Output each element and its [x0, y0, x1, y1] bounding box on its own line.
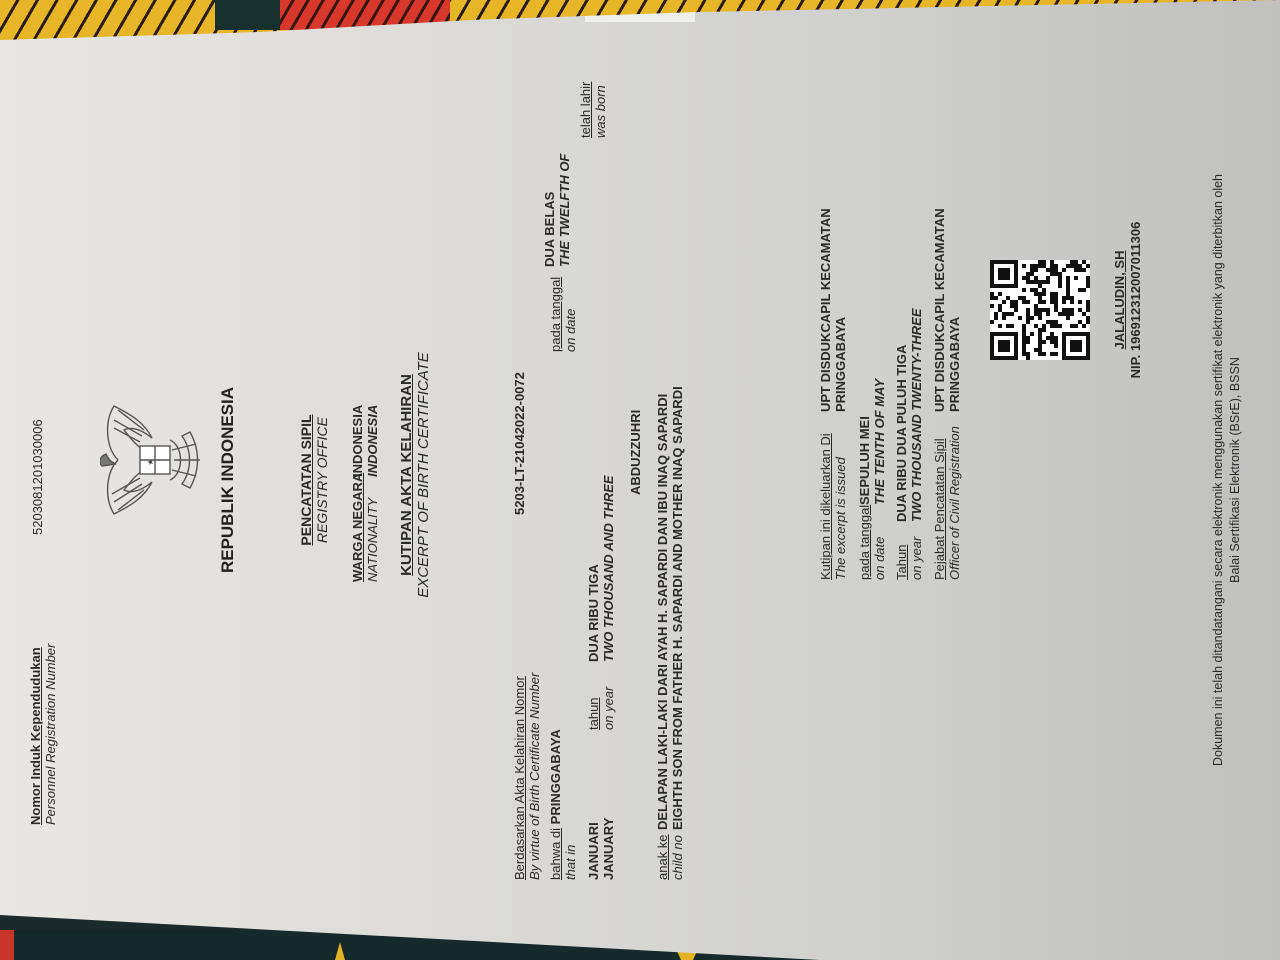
signatory-nip: NIP. 196912312007011306: [1128, 180, 1144, 420]
birth-month-block: JANUARI JANUARY: [586, 818, 616, 880]
nationality-value: INDONESIA: [350, 405, 365, 477]
birth-cert-number-value: 5203-LT-21042022-0072: [512, 372, 527, 515]
nationality-value-block: INDONESIA INDONESIA: [350, 405, 380, 477]
birth-cert-number-label: Berdasarkan Akta Kelahiran Nomor: [512, 673, 527, 880]
birth-place-label: bahwa di: [548, 828, 563, 880]
nationality-label-en: NATIONALITY: [365, 473, 380, 582]
birth-certificate-document: Nomor Induk Kependudukan Personnel Regis…: [0, 0, 1280, 960]
issued-at-line1: UPT DISDUKCAPIL KECAMATAN: [818, 208, 833, 412]
fabric-dark-patch: [215, 0, 285, 30]
signatory-block: JALALUDIN, SH NIP. 196912312007011306: [1112, 180, 1144, 420]
birth-place-label-block: bahwa di PRINGGABAYA that in: [548, 729, 578, 880]
issued-year-value: DUA RIBU DUA PULUH TIGA: [894, 308, 909, 522]
footer-line1: Dokumen ini telah ditandatangani secara …: [1210, 0, 1227, 940]
doc-title-en: EXCERPT OF BIRTH CERTIFICATE: [415, 320, 432, 630]
nik-label-en: Personnel Registration Number: [43, 644, 58, 825]
born-label-block: telah lahir was born: [578, 82, 608, 138]
born-label: telah lahir: [578, 82, 593, 138]
issued-year-label-block: Tahun on year: [894, 537, 924, 580]
issued-date-block: SEPULUH MEI THE TENTH OF MAY: [857, 379, 887, 505]
issued-date-label-en: on date: [872, 505, 887, 580]
fabric-red-stripe: [0, 930, 14, 960]
issued-at-label-block: Kutipan ini dikeluarkan Di The excerpt i…: [818, 433, 848, 580]
svg-text:★: ★: [146, 458, 155, 465]
birth-year-label-block: tahun on year: [586, 687, 616, 730]
birth-date-label: pada tanggal: [548, 277, 563, 352]
footer-line2: Balai Sertifikasi Elektronik (BSrE), BSS…: [1227, 0, 1244, 940]
issued-at-line2: PRINGGABAYA: [833, 208, 848, 412]
officer-label-en: Officer of Civil Registration: [947, 426, 962, 580]
nik-label-block: Nomor Induk Kependudukan Personnel Regis…: [28, 644, 58, 825]
birth-year-en: TWO THOUSAND AND THREE: [601, 475, 616, 662]
officer-line1: UPT DISDUKCAPIL KECAMATAN: [932, 208, 947, 412]
birth-month-en: JANUARY: [601, 818, 616, 880]
birth-day: DUA BELAS: [542, 154, 557, 267]
child-order-block: DELAPAN LAKI-LAKI DARI AYAH H. SAPARDI D…: [655, 386, 685, 830]
birth-year-label-en: on year: [601, 687, 616, 730]
child-order-label-en: child no: [670, 834, 685, 880]
birth-day-en: THE TWELFTH OF: [557, 154, 572, 267]
birth-cert-number-label-block: Berdasarkan Akta Kelahiran Nomor By virt…: [512, 673, 542, 880]
office-title: PENCATATAN SIPIL: [298, 395, 314, 565]
garuda-emblem-icon: ★: [100, 400, 205, 520]
nik-label: Nomor Induk Kependudukan: [28, 644, 43, 825]
birth-cert-number-label-en: By virtue of Birth Certificate Number: [527, 673, 542, 880]
nationality-label-block: WARGA NEGARA NATIONALITY: [350, 473, 380, 582]
e-signature-footer: Dokumen ini telah ditandatangani secara …: [1210, 0, 1244, 940]
birth-day-block: DUA BELAS THE TWELFTH OF: [542, 154, 572, 267]
issued-at-label-en: The excerpt is issued: [833, 433, 848, 580]
issued-date-value: SEPULUH MEI: [857, 379, 872, 505]
born-label-en: was born: [593, 82, 608, 138]
nik-value: 5203081201030006: [30, 419, 45, 535]
office-title-en: REGISTRY OFFICE: [314, 395, 330, 565]
birth-place-label-en: that in: [563, 729, 578, 880]
issued-year-label: Tahun: [894, 537, 909, 580]
issued-at-label: Kutipan ini dikeluarkan Di: [818, 433, 833, 580]
issued-date-label-block: pada tanggal on date: [857, 505, 887, 580]
office-block: PENCATATAN SIPIL REGISTRY OFFICE: [298, 395, 330, 565]
birth-month: JANUARI: [586, 818, 601, 880]
fabric-yellow-mark: [335, 942, 345, 960]
birth-year-label: tahun: [586, 687, 601, 730]
qr-code-icon[interactable]: [990, 260, 1090, 360]
birth-certificate-paper: Nomor Induk Kependudukan Personnel Regis…: [0, 0, 1280, 960]
issued-at-block: UPT DISDUKCAPIL KECAMATAN PRINGGABAYA: [818, 208, 848, 412]
issued-date-value-en: THE TENTH OF MAY: [872, 379, 887, 505]
birth-date-label-block: pada tanggal on date: [548, 277, 578, 352]
issued-year-label-en: on year: [909, 537, 924, 580]
child-order-label-block: anak ke child no: [655, 834, 685, 880]
child-order-value-en: EIGHTH SON FROM FATHER H. SAPARDI AND MO…: [670, 386, 685, 830]
officer-label: Pejabat Pencatatan Sipil: [932, 426, 947, 580]
signatory-name: JALALUDIN, SH: [1112, 180, 1128, 420]
issued-year-block: DUA RIBU DUA PULUH TIGA TWO THOUSAND TWE…: [894, 308, 924, 522]
officer-label-block: Pejabat Pencatatan Sipil Officer of Civi…: [932, 426, 962, 580]
officer-block: UPT DISDUKCAPIL KECAMATAN PRINGGABAYA: [932, 208, 962, 412]
child-order-value: DELAPAN LAKI-LAKI DARI AYAH H. SAPARDI D…: [655, 386, 670, 830]
issued-date-label: pada tanggal: [857, 505, 872, 580]
child-name: ABDUZZUHRI: [628, 410, 643, 495]
issued-year-value-en: TWO THOUSAND TWENTY-THREE: [909, 308, 924, 522]
birth-place-value: PRINGGABAYA: [548, 729, 563, 824]
country-title: REPUBLIK INDONESIA: [218, 385, 238, 575]
doc-title-block: KUTIPAN AKTA KELAHIRAN EXCERPT OF BIRTH …: [398, 320, 432, 630]
birth-year-block: DUA RIBU TIGA TWO THOUSAND AND THREE: [586, 475, 616, 662]
officer-line2: PRINGGABAYA: [947, 208, 962, 412]
birth-date-label-en: on date: [563, 277, 578, 352]
nationality-value-en: INDONESIA: [365, 405, 380, 477]
nationality-label: WARGA NEGARA: [350, 473, 365, 582]
doc-title: KUTIPAN AKTA KELAHIRAN: [398, 320, 415, 630]
child-order-label: anak ke: [655, 834, 670, 880]
birth-year: DUA RIBU TIGA: [586, 475, 601, 662]
